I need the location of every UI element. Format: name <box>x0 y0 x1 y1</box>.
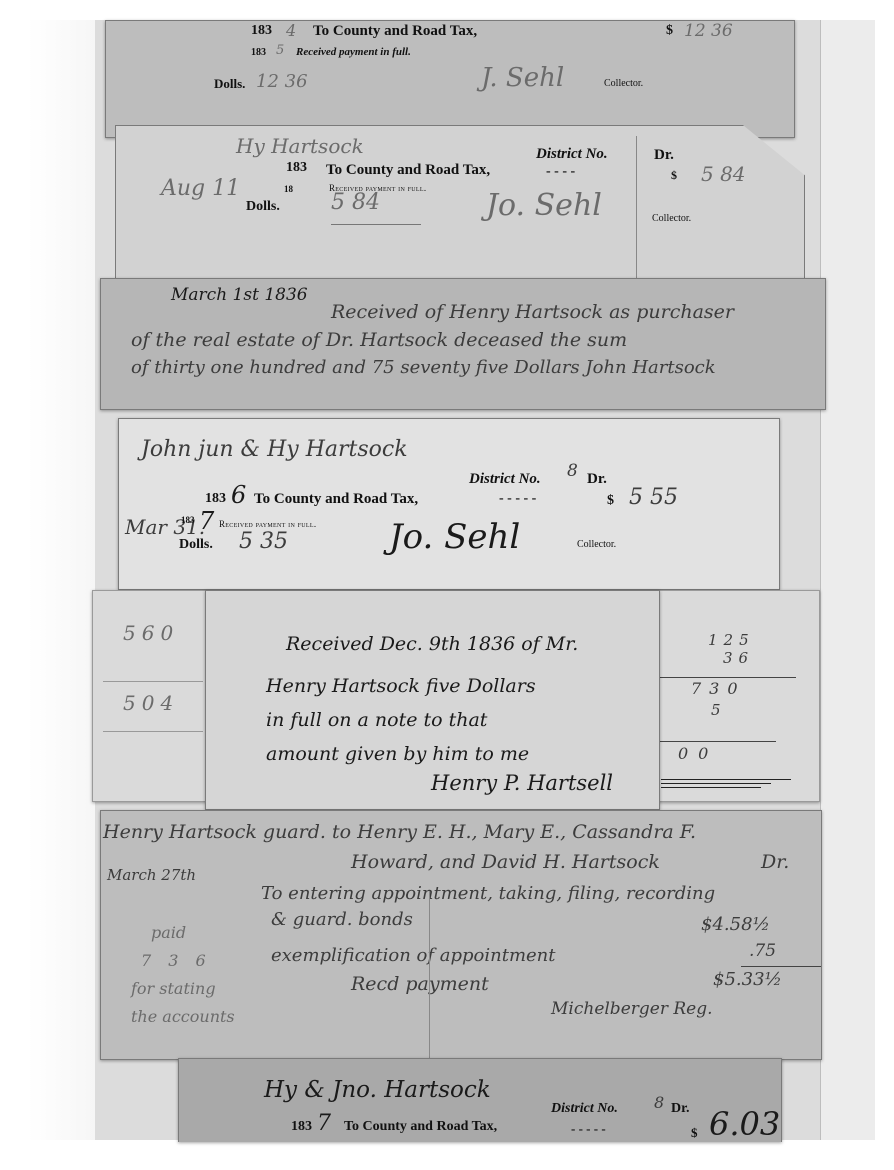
year-prefix: 183 <box>291 1119 312 1135</box>
collector-signature: Jo. Sehl <box>389 517 520 557</box>
dr-label: Dr. <box>654 147 674 164</box>
date-handwritten: Aug 11 <box>161 176 240 201</box>
handwritten-receipt-1836-note: Received Dec. 9th 1836 of Mr. Henry Hart… <box>205 590 660 810</box>
margin-note-1: paid <box>151 923 186 942</box>
bill-line-2: Howard, and David H. Hartsock <box>351 851 660 873</box>
dr-label: Dr. <box>587 471 607 488</box>
district-number: 8 <box>654 1093 664 1112</box>
received-year-prefix: 18 <box>284 184 293 194</box>
ledger-right-figure-5: 00 <box>678 744 718 763</box>
dolls-label: Dolls. <box>246 199 280 215</box>
year-handwritten: 6 <box>231 481 246 509</box>
receipt-title: To County and Road Tax, <box>313 23 477 40</box>
amount-handwritten: 5 84 <box>701 162 746 186</box>
margin-note-2: 7 3 6 <box>141 951 212 970</box>
receipt-title: To County and Road Tax, <box>254 491 418 508</box>
receipt-line-2: Henry Hartsock five Dollars <box>266 675 536 697</box>
ledger-right-figure-2: 36 <box>723 649 754 667</box>
dr-label: Dr. <box>671 1101 690 1117</box>
dollar-sign: $ <box>607 493 614 509</box>
district-label: District No. <box>551 1101 618 1117</box>
bill-amount-total: $5.33½ <box>713 969 782 990</box>
year-handwritten: 4 <box>286 21 296 40</box>
year-prefix: 183 <box>251 23 272 39</box>
dollar-sign: $ <box>691 1125 698 1141</box>
received-year-prefix: 183 <box>181 515 195 525</box>
receipt-title: To County and Road Tax, <box>326 162 490 179</box>
collector-label: Collector. <box>652 213 691 224</box>
margin-date: March 27th <box>107 866 196 884</box>
dashes: - - - - - <box>571 1121 606 1137</box>
bill-line-6: Recd payment <box>351 973 489 995</box>
amount-handwritten: 5 55 <box>629 485 678 510</box>
district-label: District No. <box>469 471 541 488</box>
year-prefix: 183 <box>286 160 307 176</box>
received-year-handwritten: 7 <box>199 507 214 535</box>
ledger-right-figure-3: 730 <box>691 679 746 698</box>
receipt-title: To County and Road Tax, <box>344 1119 497 1135</box>
collector-label: Collector. <box>577 539 616 550</box>
received-year-handwritten: 5 <box>276 43 284 58</box>
district-number: 8 <box>567 461 578 481</box>
taxpayer-name-handwritten: Hy & Jno. Hartsock <box>264 1077 491 1103</box>
bill-line-4: & guard. bonds <box>271 909 413 930</box>
bill-line-3: To entering appointment, taking, filing,… <box>261 883 715 904</box>
mount-margin-left <box>28 20 96 1140</box>
margin-note-4: the accounts <box>131 1007 235 1026</box>
tax-receipt-2: Hy Hartsock District No. Dr. 183 To Coun… <box>115 125 805 293</box>
bill-amount-1: $4.58½ <box>701 914 770 935</box>
receipt-date: March 1st 1836 <box>171 285 308 305</box>
tax-receipt-1836: John jun & Hy Hartsock District No. 8 Dr… <box>118 418 780 590</box>
receipt-line-3: in full on a note to that <box>266 709 487 731</box>
receipt-line-1: Received Dec. 9th 1836 of Mr. <box>286 633 578 655</box>
receipt-line-1: Received of Henry Hartsock as purchaser <box>331 301 734 323</box>
dashes: - - - - <box>546 164 575 180</box>
received-payment-label: Received payment in full. <box>219 519 316 529</box>
bill-signature: Michelberger Reg. <box>551 999 713 1019</box>
receipt-line-3: of thirty one hundred and 75 seventy fiv… <box>131 357 716 378</box>
collector-label: Collector. <box>604 78 643 89</box>
year-handwritten: 7 <box>317 1111 331 1136</box>
receipt-signature: Henry P. Hartsell <box>431 771 613 795</box>
handwritten-receipt-1836-estate: March 1st 1836 Received of Henry Hartsoc… <box>100 278 826 410</box>
received-payment-label: Received payment in full. <box>296 46 411 58</box>
dollar-sign: $ <box>671 168 677 183</box>
receipt-line-4: amount given by him to me <box>266 743 529 765</box>
taxpayer-name-handwritten: Hy Hartsock <box>236 134 364 158</box>
ledger-right-figure-4: 5 <box>711 701 721 719</box>
taxpayer-name-handwritten: John jun & Hy Hartsock <box>141 437 408 462</box>
dollar-sign: $ <box>666 23 673 39</box>
dashes: - - - - - <box>499 491 536 507</box>
margin-note-3: for stating <box>131 979 216 998</box>
amount-handwritten: 6.03 <box>709 1105 780 1143</box>
dolls-label: Dolls. <box>214 76 245 92</box>
bill-amount-2: .75 <box>749 941 776 961</box>
dolls-handwritten: 12 36 <box>256 71 308 92</box>
district-label: District No. <box>536 146 608 163</box>
dolls-handwritten: 5 35 <box>239 529 288 554</box>
receipt-line-2: of the real estate of Dr. Hartsock decea… <box>131 329 627 351</box>
stub-divider <box>636 136 637 291</box>
guardianship-bill: Henry Hartsock guard. to Henry E. H., Ma… <box>100 810 822 1060</box>
mount-margin-right <box>820 20 875 1140</box>
dr-label: Dr. <box>761 851 789 873</box>
bill-line-5: exemplification of appointment <box>271 945 555 966</box>
ledger-figure-2: 504 <box>123 691 179 715</box>
tax-receipt-1837: Hy & Jno. Hartsock District No. 8 Dr. 18… <box>178 1058 782 1142</box>
received-year-prefix: 183 <box>251 47 266 58</box>
tax-receipt-1834: 183 4 To County and Road Tax, $ 12 36 18… <box>105 20 795 138</box>
collector-signature: J. Sehl <box>481 63 564 93</box>
year-prefix: 183 <box>205 491 226 507</box>
collector-signature: Jo. Sehl <box>486 188 602 223</box>
bill-line-1: Henry Hartsock guard. to Henry E. H., Ma… <box>103 821 696 843</box>
ledger-right-figure-1: 125 <box>708 631 755 649</box>
ledger-figure-1: 560 <box>123 621 179 645</box>
dolls-label: Dolls. <box>179 537 213 553</box>
dolls-handwritten: 5 84 <box>331 190 380 215</box>
amount-handwritten: 12 36 <box>684 21 733 41</box>
